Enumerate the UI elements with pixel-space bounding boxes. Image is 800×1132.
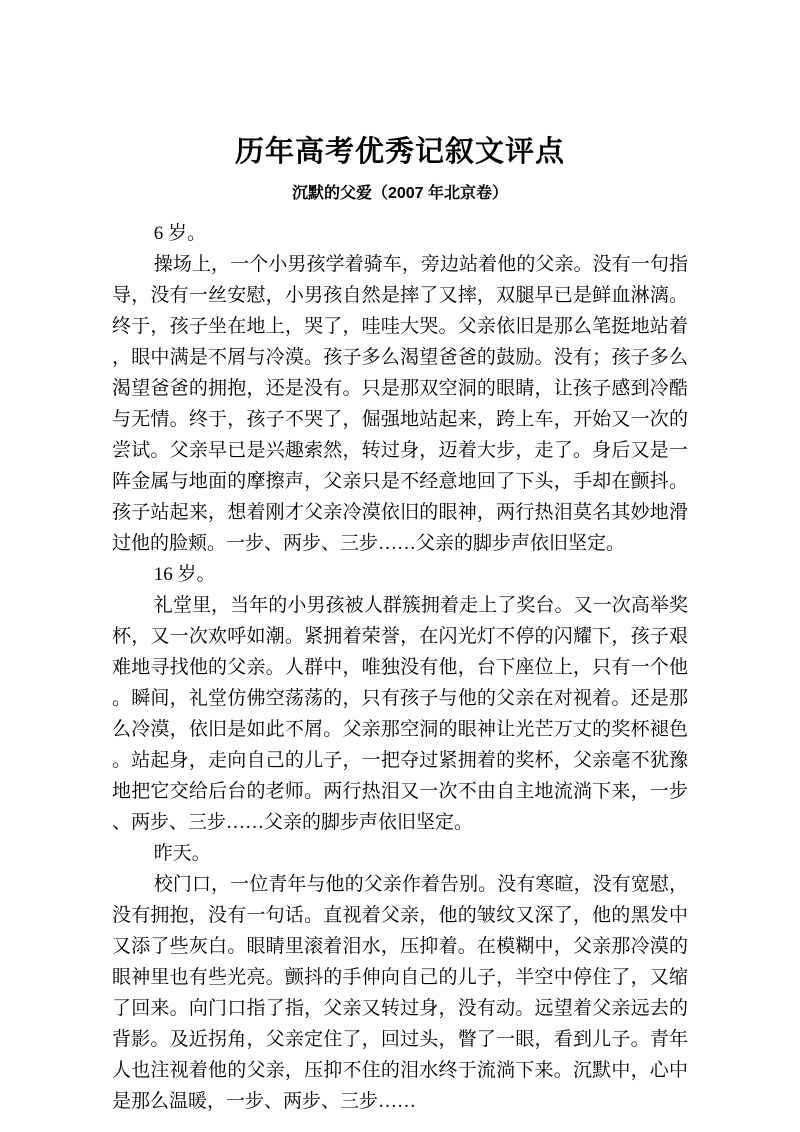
paragraph-story-yesterday: 校门口，一位青年与他的父亲作着告别。没有寒暄，没有宽慰，没有拥抱，没有一句话。直… [112, 869, 688, 1117]
document-content: 历年高考优秀记叙文评点 沉默的父爱（2007 年北京卷） 6 岁。 操场上，一个… [112, 132, 688, 1117]
document-body: 6 岁。 操场上，一个小男孩学着骑车，旁边站着他的父亲。没有一句指导，没有一丝安… [112, 218, 688, 1117]
document-subtitle: 沉默的父爱（2007 年北京卷） [112, 182, 688, 206]
document-page: 历年高考优秀记叙文评点 沉默的父爱（2007 年北京卷） 6 岁。 操场上，一个… [0, 0, 800, 1132]
paragraph-section-yesterday: 昨天。 [112, 838, 688, 869]
paragraph-story-age-16: 礼堂里，当年的小男孩被人群簇拥着走上了奖台。又一次高举奖杯，又一次欢呼如潮。紧拥… [112, 590, 688, 838]
document-title: 历年高考优秀记叙文评点 [112, 132, 688, 172]
paragraph-section-age-6: 6 岁。 [112, 218, 688, 249]
paragraph-story-age-6: 操场上，一个小男孩学着骑车，旁边站着他的父亲。没有一句指导，没有一丝安慰，小男孩… [112, 249, 688, 559]
paragraph-section-age-16: 16 岁。 [112, 559, 688, 590]
